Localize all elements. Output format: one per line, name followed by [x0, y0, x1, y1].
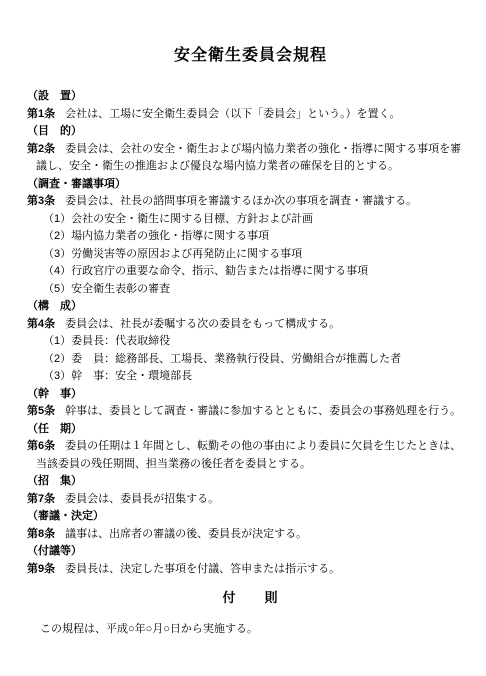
- article-text: 委員会は、社長の諮問事項を審議するほか次の事項を調査・審議する。: [65, 195, 417, 207]
- article-number: 第8条: [27, 528, 65, 540]
- section-heading: （目 的）: [27, 123, 474, 141]
- article-text: 会社は、工場に安全衛生委員会（以下「委員会」という。）を置く。: [65, 108, 400, 120]
- article-line: 第8条議事は、出席者の審議の後、委員長が決定する。: [27, 526, 474, 544]
- article-number: 第1条: [27, 108, 65, 120]
- article-line: 第7条委員会は、委員長が招集する。: [27, 491, 474, 509]
- article-line: 第1条会社は、工場に安全衛生委員会（以下「委員会」という。）を置く。: [27, 106, 474, 124]
- supplement-heading: 付 則: [27, 589, 474, 607]
- section-heading: （招 集）: [27, 473, 474, 491]
- article-text: 委員会は、委員長が招集する。: [65, 493, 219, 505]
- continuation-line: 当該委員の残任期間、担当業務の後任者を委員とする。: [27, 456, 474, 474]
- article-line: 第3条委員会は、社長の諮問事項を審議するほか次の事項を調査・審議する。: [27, 193, 474, 211]
- article-number: 第6条: [27, 440, 65, 452]
- item-line: （2）委 員：総務部長、工場長、業務執行役員、労働組合が推薦した者: [27, 351, 474, 369]
- section-heading: （任 期）: [27, 421, 474, 439]
- article-line: 第2条委員会は、会社の安全・衛生および場内協力業者の強化・指導に関する事項を審: [27, 141, 474, 159]
- document-title: 安全衛生委員会規程: [27, 46, 474, 66]
- item-line: （2）場内協力業者の強化・指導に関する事項: [27, 228, 474, 246]
- article-number: 第4条: [27, 318, 65, 330]
- item-line: （3）労働災害等の原因および再発防止に関する事項: [27, 246, 474, 264]
- article-text: 委員長は、決定した事項を付議、答申または指示する。: [65, 563, 340, 575]
- section-heading: （構 成）: [27, 298, 474, 316]
- item-line: （5）安全衛生表彰の審査: [27, 281, 474, 299]
- section-heading: （設 置）: [27, 88, 474, 106]
- item-line: （3）幹 事：安全・環境部長: [27, 368, 474, 386]
- article-number: 第7条: [27, 493, 65, 505]
- article-number: 第3条: [27, 195, 65, 207]
- section-heading: （調査・審議事項）: [27, 176, 474, 194]
- document-body: （設 置）第1条会社は、工場に安全衛生委員会（以下「委員会」という。）を置く。（…: [27, 88, 474, 578]
- article-text: 幹事は、委員として調査・審議に参加するとともに、委員会の事務処理を行う。: [65, 405, 461, 417]
- article-number: 第9条: [27, 563, 65, 575]
- section-heading: （審議・決定）: [27, 508, 474, 526]
- article-number: 第5条: [27, 405, 65, 417]
- article-number: 第2条: [27, 143, 65, 155]
- supplement-text: この規程は、平成○年○月○日から実施する。: [27, 621, 474, 639]
- item-line: （4）行政官庁の重要な命令、指示、勧告または指導に関する事項: [27, 263, 474, 281]
- article-line: 第4条委員会は、社長が委嘱する次の委員をもって構成する。: [27, 316, 474, 334]
- article-text: 委員会は、社長が委嘱する次の委員をもって構成する。: [65, 318, 340, 330]
- article-line: 第5条幹事は、委員として調査・審議に参加するとともに、委員会の事務処理を行う。: [27, 403, 474, 421]
- section-heading: （幹 事）: [27, 386, 474, 404]
- item-line: （1）会社の安全・衛生に関する目標、方針および計画: [27, 211, 474, 229]
- article-text: 委員の任期は１年間とし、転勤その他の事由により委員に欠員を生じたときは、: [65, 440, 461, 452]
- article-line: 第9条委員長は、決定した事項を付議、答申または指示する。: [27, 561, 474, 579]
- article-text: 議事は、出席者の審議の後、委員長が決定する。: [65, 528, 307, 540]
- continuation-line: 議し、安全・衛生の推進および優良な場内協力業者の確保を目的とする。: [27, 158, 474, 176]
- section-heading: （付議等）: [27, 543, 474, 561]
- document-page: 安全衛生委員会規程 （設 置）第1条会社は、工場に安全衛生委員会（以下「委員会」…: [0, 0, 486, 676]
- item-line: （1）委員長：代表取締役: [27, 333, 474, 351]
- article-text: 委員会は、会社の安全・衛生および場内協力業者の強化・指導に関する事項を審: [65, 143, 461, 155]
- article-line: 第6条委員の任期は１年間とし、転勤その他の事由により委員に欠員を生じたときは、: [27, 438, 474, 456]
